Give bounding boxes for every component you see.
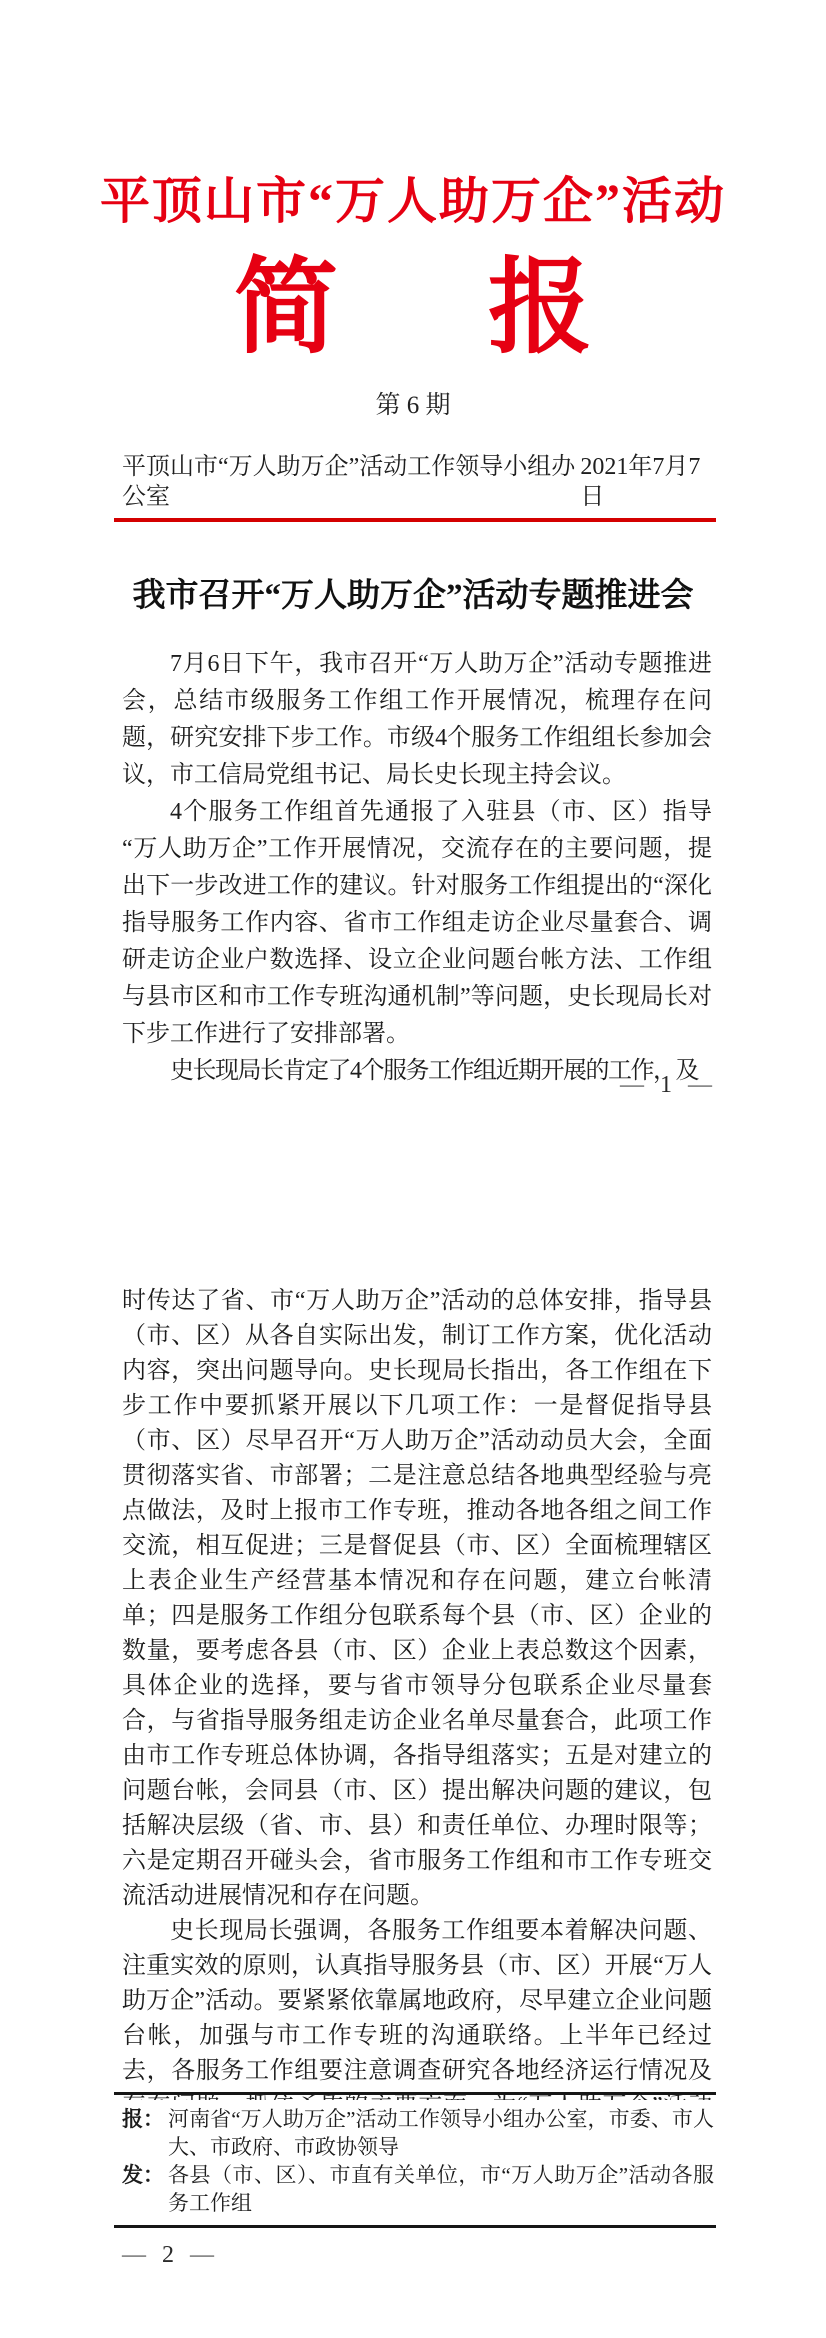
bulletin-document: { "colors": { "accent_red": "#e60012", "… xyxy=(0,0,826,2338)
article-body-page1: 7月6日下午，我市召开“万人助万企”活动专题推进会，总结市级服务工作组工作开展情… xyxy=(122,646,712,1090)
masthead-activity-title: 平顶山市“万人助万企”活动 xyxy=(0,172,826,230)
issued-to-text: 各县（市、区）、市直有关单位，市“万人助万企”活动各服务工作组 xyxy=(168,2161,714,2217)
page-number-dash: — xyxy=(688,1072,712,1098)
paragraph-1: 7月6日下午，我市召开“万人助万企”活动专题推进会，总结市级服务工作组工作开展情… xyxy=(122,646,712,794)
bulletin-char-jian: 简 xyxy=(234,250,338,368)
footer-divider-top xyxy=(114,2092,716,2095)
page-1: 平顶山市“万人助万企”活动 简 报 第 6 期 平顶山市“万人助万企”活动工作领… xyxy=(0,0,826,1180)
footer-divider-bottom xyxy=(114,2225,716,2228)
issue-number: 第 6 期 xyxy=(0,390,826,422)
page-number-2: — 2 — xyxy=(122,2242,826,2268)
page-number-1: — 1 — xyxy=(620,1072,712,1098)
article-title: 我市召开“万人助万企”活动专题推进会 xyxy=(0,574,826,618)
report-to-label: 报： xyxy=(122,2105,168,2133)
article-body-page2: 时传达了省、市“万人助万企”活动的总体安排，指导县（市、区）从各自实际出发，制订… xyxy=(0,1180,826,2100)
paragraph-2: 4个服务工作组首先通报了入驻县（市、区）指导“万人助万企”工作开展情况，交流存在… xyxy=(122,794,712,1053)
issued-to-label: 发： xyxy=(122,2161,168,2189)
page-number-dash: — xyxy=(122,2242,146,2268)
bulletin-title: 简 报 xyxy=(0,250,826,368)
red-divider-rule xyxy=(114,518,716,522)
paragraph-3-continuation: 时传达了省、市“万人助万企”活动的总体安排，指导县（市、区）从各自实际出发，制订… xyxy=(122,1284,712,1914)
page-2: 时传达了省、市“万人助万企”活动的总体安排，指导县（市、区）从各自实际出发，制订… xyxy=(0,1180,826,2338)
page-number-dash: — xyxy=(190,2242,214,2268)
report-to-row: 报： 河南省“万人助万企”活动工作领导小组办公室，市委、市人大、市政府、市政协领… xyxy=(122,2105,714,2161)
issued-to-row: 发： 各县（市、区）、市直有关单位，市“万人助万企”活动各服务工作组 xyxy=(122,2161,714,2217)
issuing-line: 平顶山市“万人助万企”活动工作领导小组办公室 2021年7月7日 xyxy=(122,452,712,512)
paragraph-4: 史长现局长强调，各服务工作组要本着解决问题、注重实效的原则，认真指导服务县（市、… xyxy=(122,1914,712,2100)
bulletin-char-bao: 报 xyxy=(488,250,592,368)
issuing-office: 平顶山市“万人助万企”活动工作领导小组办公室 xyxy=(122,452,580,512)
page-number-dash: — xyxy=(620,1072,644,1098)
bulletin-footer: 报： 河南省“万人助万企”活动工作领导小组办公室，市委、市人大、市政府、市政协领… xyxy=(0,2092,826,2268)
distribution-block: 报： 河南省“万人助万企”活动工作领导小组办公室，市委、市人大、市政府、市政协领… xyxy=(122,2105,714,2217)
issue-date: 2021年7月7日 xyxy=(580,452,712,512)
report-to-text: 河南省“万人助万企”活动工作领导小组办公室，市委、市人大、市政府、市政协领导 xyxy=(168,2105,714,2161)
